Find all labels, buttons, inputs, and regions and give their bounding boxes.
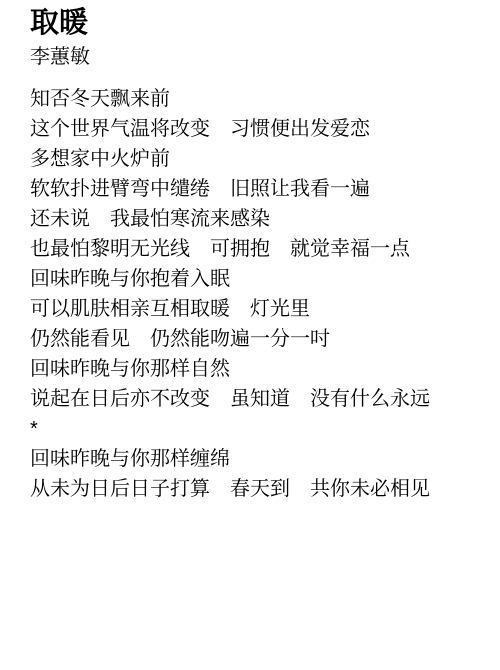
lyric-line: 说起在日后亦不改变 虽知道 没有什么永远 xyxy=(30,384,470,414)
lyrics-page: 取暖 李蕙敏 知否冬天飘来前 这个世界气温将改变 习惯便出发爱恋 多想家中火炉前… xyxy=(0,0,500,504)
lyric-line: 这个世界气温将改变 习惯便出发爱恋 xyxy=(30,114,470,144)
lyric-line: 也最怕黎明无光线 可拥抱 就觉幸福一点 xyxy=(30,234,470,264)
lyric-line: 知否冬天飘来前 xyxy=(30,84,470,114)
lyric-line: 仍然能看见 仍然能吻遍一分一吋 xyxy=(30,324,470,354)
lyric-line: 从未为日后日子打算 春天到 共你未必相见 xyxy=(30,474,470,504)
artist-name: 李蕙敏 xyxy=(30,45,470,69)
section-marker: * xyxy=(30,414,470,444)
lyric-line: 可以肌肤相亲互相取暖 灯光里 xyxy=(30,294,470,324)
song-title: 取暖 xyxy=(30,5,470,41)
lyric-line: 回味昨晚与你那样自然 xyxy=(30,354,470,384)
lyric-line: 软软扑进臂弯中缱绻 旧照让我看一遍 xyxy=(30,174,470,204)
lyric-line: 还未说 我最怕寒流来感染 xyxy=(30,204,470,234)
lyric-line: 多想家中火炉前 xyxy=(30,144,470,174)
lyrics-block: 知否冬天飘来前 这个世界气温将改变 习惯便出发爱恋 多想家中火炉前 软软扑进臂弯… xyxy=(30,84,470,504)
lyric-line: 回味昨晚与你抱着入眠 xyxy=(30,264,470,294)
lyric-line: 回味昨晚与你那样缠绵 xyxy=(30,444,470,474)
